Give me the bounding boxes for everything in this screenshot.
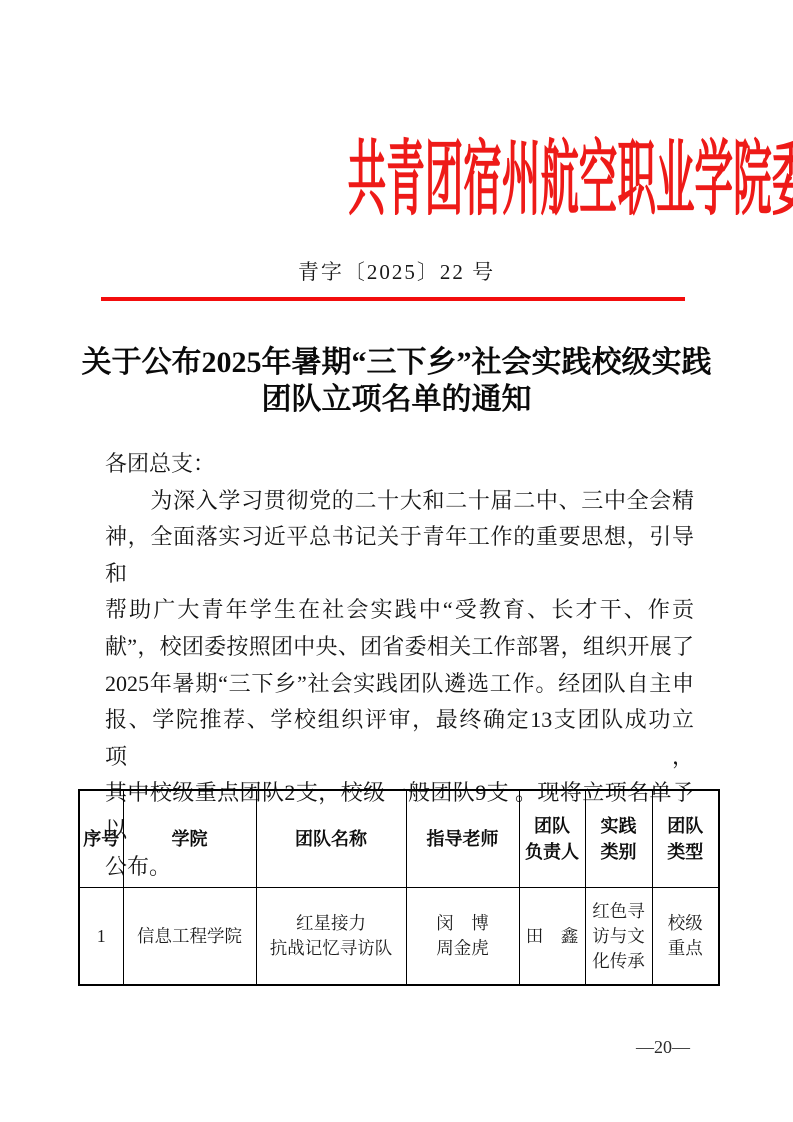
red-header-title: 共青团宿州航空职业学院委员会文件 — [348, 134, 793, 226]
cell-team-type: 校级 重点 — [652, 888, 719, 986]
body-line: 神，全面落实习近平总书记关于青年工作的重要思想，引导和 — [105, 519, 694, 592]
body-line: 2025年暑期“三下乡”社会实践团队遴选工作。经团队自主申 — [105, 666, 694, 703]
header-seq: 序号 — [79, 790, 123, 888]
body-line: 报、学院推荐、学校组织评审，最终确定13支团队成功立项， — [105, 702, 694, 775]
cell-seq: 1 — [79, 888, 123, 986]
table-row: 1 信息工程学院 红星接力 抗战记忆寻访队 闵 博 周金虎 田 鑫 红色寻 访与… — [79, 888, 719, 986]
red-rule — [101, 297, 685, 301]
cell-tutor: 闵 博 周金虎 — [406, 888, 519, 986]
body-line: 献”，校团委按照团中央、团省委相关工作部署，组织开展了 — [105, 629, 694, 666]
notice-title-line2: 团队立项名单的通知 — [0, 381, 793, 418]
page-number: —20— — [0, 1037, 690, 1058]
header-team-type: 团队 类型 — [652, 790, 719, 888]
body-line: 为深入学习贯彻党的二十大和二十届二中、三中全会精 — [105, 483, 694, 520]
notice-title: 关于公布2025年暑期“三下乡”社会实践校级实践 团队立项名单的通知 — [0, 344, 793, 418]
header-team-leader: 团队 负责人 — [519, 790, 585, 888]
document-page: 共青团宿州航空职业学院委员会文件 青字〔2025〕22 号 关于公布2025年暑… — [0, 0, 793, 1122]
cell-college: 信息工程学院 — [123, 888, 256, 986]
header-team-name: 团队名称 — [256, 790, 406, 888]
table-header-row: 序号 学院 团队名称 指导老师 团队 负责人 实践 类别 团队 类型 — [79, 790, 719, 888]
cell-team-name: 红星接力 抗战记忆寻访队 — [256, 888, 406, 986]
notice-title-line1: 关于公布2025年暑期“三下乡”社会实践校级实践 — [0, 344, 793, 381]
header-college: 学院 — [123, 790, 256, 888]
cell-team-leader: 田 鑫 — [519, 888, 585, 986]
project-roster-table: 序号 学院 团队名称 指导老师 团队 负责人 实践 类别 团队 类型 1 信息工… — [78, 789, 720, 986]
salutation: 各团总支： — [105, 446, 694, 483]
body-line: 帮助广大青年学生在社会实践中“受教育、长才干、作贡 — [105, 592, 694, 629]
cell-practice-category: 红色寻 访与文 化传承 — [585, 888, 652, 986]
doc-number: 青字〔2025〕22 号 — [0, 256, 793, 286]
header-tutor: 指导老师 — [406, 790, 519, 888]
header-practice-category: 实践 类别 — [585, 790, 652, 888]
letterhead: 共青团宿州航空职业学院委员会文件 — [0, 134, 793, 226]
